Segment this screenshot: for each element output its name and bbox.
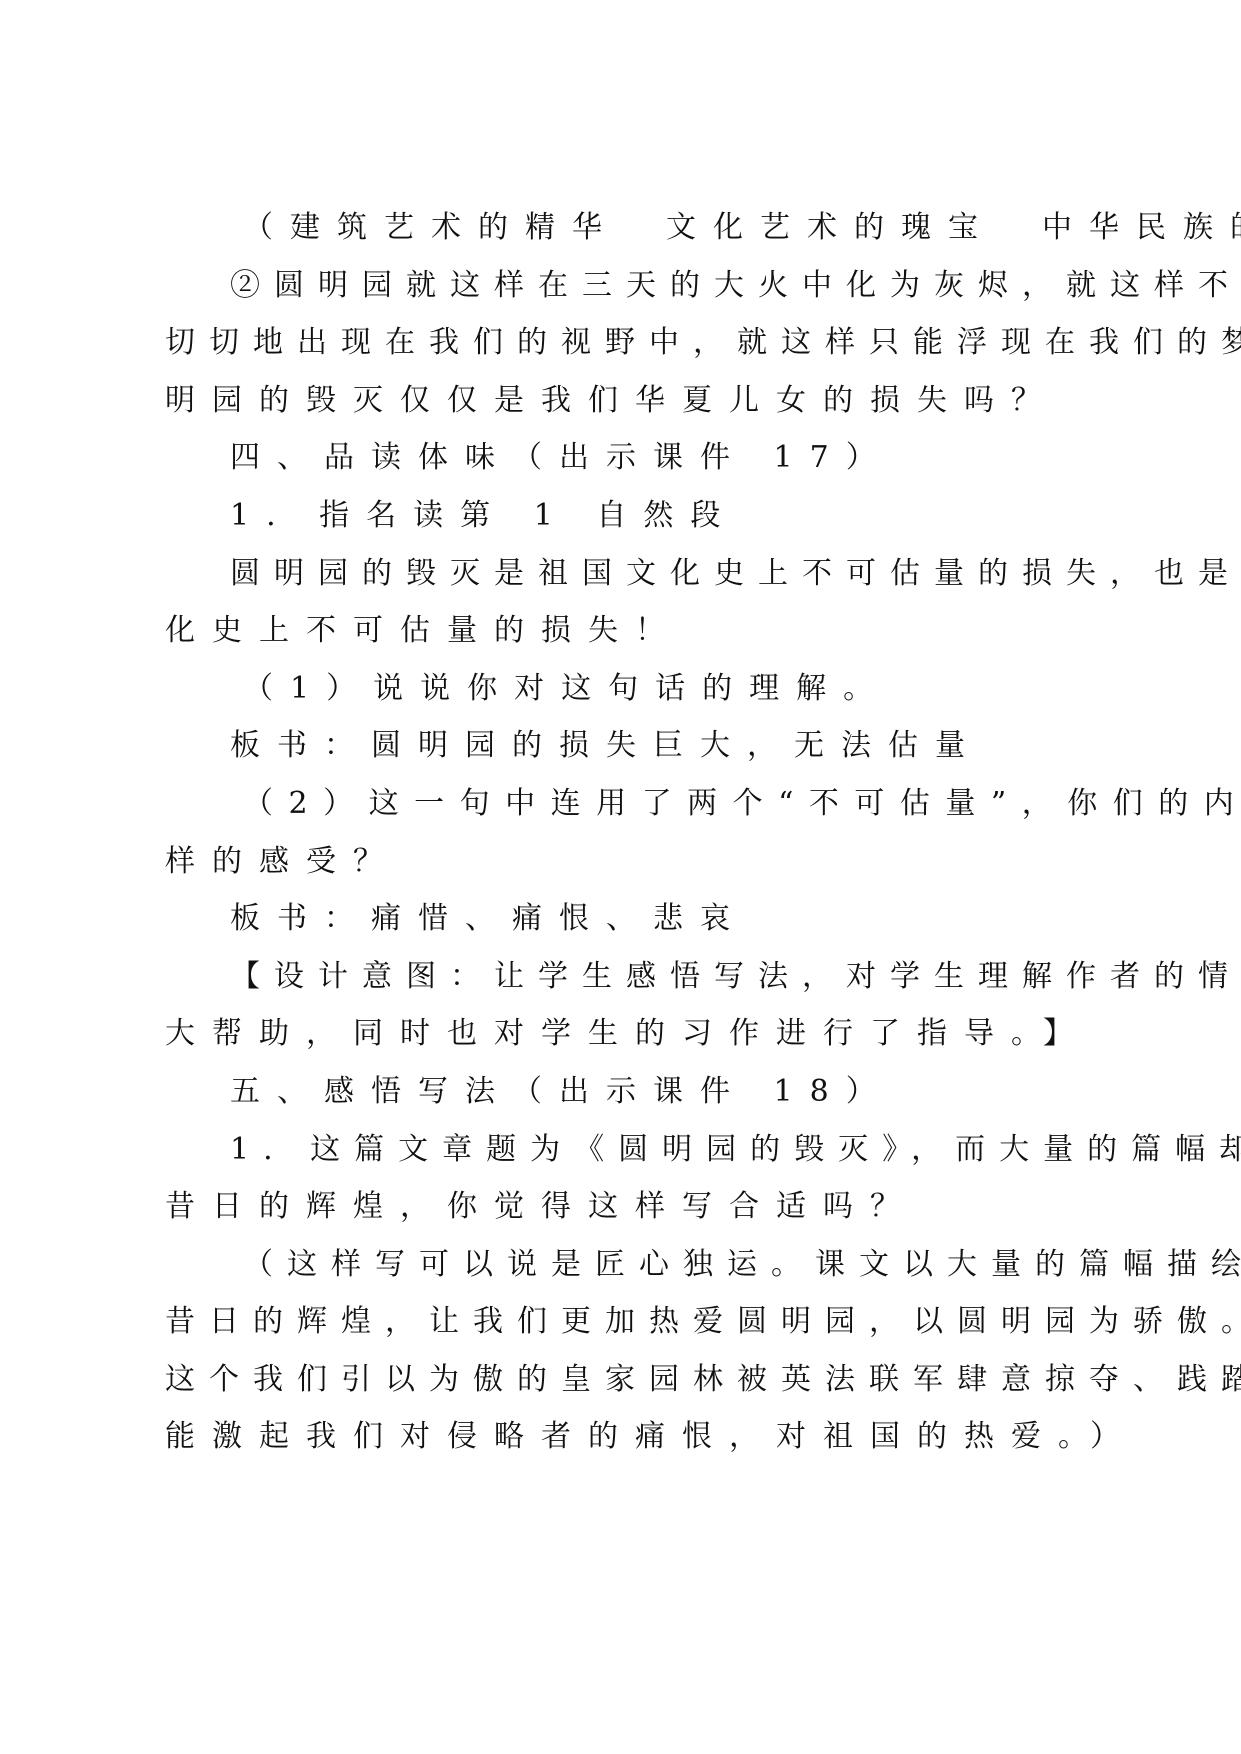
answer-line-keywords: （建筑艺术的精华 文化艺术的瑰宝 中华民族的尊严）: [165, 199, 1077, 257]
section-heading-5: 五、感悟写法（出示课件 18）: [165, 1063, 1077, 1121]
paragraph-2-line-2: 切切地出现在我们的视野中，就这样只能浮现在我们的梦中。圆: [165, 314, 1077, 372]
question-2-line-1: （2）这一句中连用了两个“不可估量”，你们的内心是怎: [165, 775, 1077, 833]
answer-line-3: 这个我们引以为傲的皇家园林被英法联军肆意掠夺、践踏，这更: [165, 1351, 1077, 1409]
answer-line-1: （这样写可以说是匠心独运。课文以大量的篇幅描绘圆明园: [165, 1236, 1077, 1294]
item-1-question-line-2: 昔日的辉煌，你觉得这样写合适吗？: [165, 1178, 1077, 1236]
document-page: （建筑艺术的精华 文化艺术的瑰宝 中华民族的尊严） ②圆明园就这样在三天的大火中…: [165, 199, 1077, 1466]
design-intent-line-1: 【设计意图：让学生感悟写法，对学生理解作者的情感有很: [165, 948, 1077, 1006]
section-heading-4: 四、品读体味（出示课件 17）: [165, 429, 1077, 487]
item-1-question-line-1: 1. 这篇文章题为《圆明园的毁灭》，而大量的篇幅却是描写: [165, 1121, 1077, 1179]
answer-line-4: 能激起我们对侵略者的痛恨，对祖国的热爱。）: [165, 1408, 1077, 1466]
quote-line-1: 圆明园的毁灭是祖国文化史上不可估量的损失，也是世界文: [165, 545, 1077, 603]
item-1-heading: 1. 指名读第 1 自然段: [165, 487, 1077, 545]
board-note-1: 板书：圆明园的损失巨大，无法估量: [165, 717, 1077, 775]
board-note-2: 板书：痛惜、痛恨、悲哀: [165, 890, 1077, 948]
design-intent-line-2: 大帮助，同时也对学生的习作进行了指导。】: [165, 1005, 1077, 1063]
quote-line-2: 化史上不可估量的损失！: [165, 602, 1077, 660]
answer-line-2: 昔日的辉煌，让我们更加热爱圆明园，以圆明园为骄傲。而就是: [165, 1293, 1077, 1351]
paragraph-2-line-1: ②圆明园就这样在三天的大火中化为灰烬，就这样不再真真: [165, 257, 1077, 315]
paragraph-2-line-3: 明园的毁灭仅仅是我们华夏儿女的损失吗？: [165, 372, 1077, 430]
question-2-line-2: 样的感受？: [165, 833, 1077, 891]
question-1: （1）说说你对这句话的理解。: [165, 660, 1077, 718]
